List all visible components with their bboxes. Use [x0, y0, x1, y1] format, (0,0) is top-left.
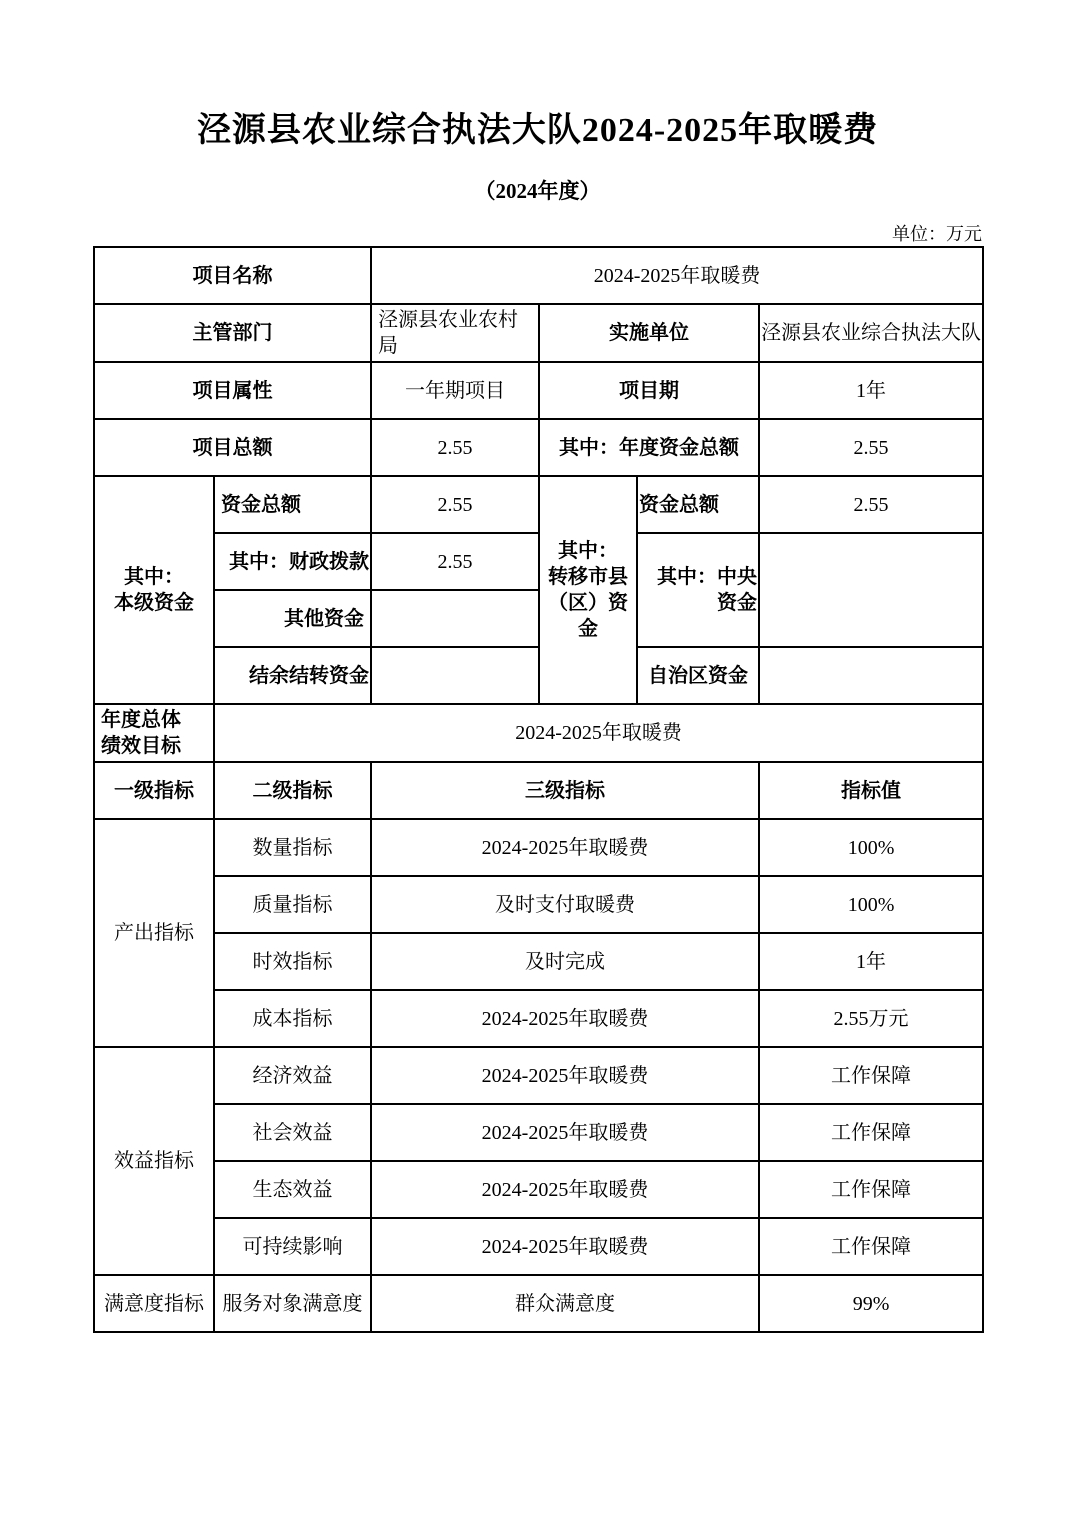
table-row: 产出指标 数量指标 2024-2025年取暖费 100%: [94, 819, 983, 876]
group-benefit-label: 效益指标: [94, 1047, 214, 1275]
indicator-value: 99%: [759, 1275, 983, 1332]
table-row: 时效指标 及时完成 1年: [94, 933, 983, 990]
table-row: 年度总体 绩效目标 2024-2025年取暖费: [94, 704, 983, 762]
fiscal-allocation-label: 其中：财政拨款: [214, 533, 371, 590]
impl-unit-label: 实施单位: [539, 304, 759, 362]
document-page: 泾源县农业综合执法大队2024-2025年取暖费 （2024年度） 单位：万元 …: [0, 0, 1075, 1519]
indicator-value: 工作保障: [759, 1047, 983, 1104]
other-funds-value: [371, 590, 539, 647]
table-row: 主管部门 泾源县农业农村局 实施单位 泾源县农业综合执法大队: [94, 304, 983, 362]
header-level1: 一级指标: [94, 762, 214, 819]
central-funds-label: 其中：中央 资金: [637, 533, 759, 647]
annual-total-value: 2.55: [759, 419, 983, 476]
table-row: 满意度指标 服务对象满意度 群众满意度 99%: [94, 1275, 983, 1332]
group-output-label: 产出指标: [94, 819, 214, 1047]
project-name-label: 项目名称: [94, 247, 371, 304]
indicator-l2: 时效指标: [214, 933, 371, 990]
table-row: 质量指标 及时支付取暖费 100%: [94, 876, 983, 933]
dept-label: 主管部门: [94, 304, 371, 362]
table-row: 可持续影响 2024-2025年取暖费 工作保障: [94, 1218, 983, 1275]
central-funds-value: [759, 533, 983, 647]
indicator-l3: 2024-2025年取暖费: [371, 990, 759, 1047]
table-row: 生态效益 2024-2025年取暖费 工作保障: [94, 1161, 983, 1218]
attr-label: 项目属性: [94, 362, 371, 419]
total-value: 2.55: [371, 419, 539, 476]
performance-target-table: 项目名称 2024-2025年取暖费 主管部门 泾源县农业农村局 实施单位 泾源…: [93, 246, 984, 1333]
indicator-value: 工作保障: [759, 1218, 983, 1275]
table-header-row: 一级指标 二级指标 三级指标 指标值: [94, 762, 983, 819]
local-total-label: 资金总额: [214, 476, 371, 533]
total-label: 项目总额: [94, 419, 371, 476]
indicator-value: 1年: [759, 933, 983, 990]
dept-value: 泾源县农业农村局: [371, 304, 539, 362]
annual-goal-value: 2024-2025年取暖费: [214, 704, 983, 762]
project-name-value: 2024-2025年取暖费: [371, 247, 983, 304]
indicator-l3: 及时支付取暖费: [371, 876, 759, 933]
table-row: 项目总额 2.55 其中：年度资金总额 2.55: [94, 419, 983, 476]
group-satisfaction-label: 满意度指标: [94, 1275, 214, 1332]
indicator-l3: 2024-2025年取暖费: [371, 1047, 759, 1104]
table-row: 项目属性 一年期项目 项目期 1年: [94, 362, 983, 419]
impl-unit-value: 泾源县农业综合执法大队: [759, 304, 983, 362]
indicator-l2: 经济效益: [214, 1047, 371, 1104]
fiscal-allocation-value: 2.55: [371, 533, 539, 590]
indicator-l2: 质量指标: [214, 876, 371, 933]
local-total-value: 2.55: [371, 476, 539, 533]
header-level2: 二级指标: [214, 762, 371, 819]
table-row: 社会效益 2024-2025年取暖费 工作保障: [94, 1104, 983, 1161]
header-level3: 三级指标: [371, 762, 759, 819]
indicator-l2: 社会效益: [214, 1104, 371, 1161]
indicator-value: 100%: [759, 819, 983, 876]
unit-label: 单位：万元: [93, 220, 982, 246]
document-subtitle: （2024年度）: [0, 175, 1075, 205]
table-row: 其中：财政拨款 2.55 其中：中央 资金: [94, 533, 983, 590]
transfer-funds-header: 其中： 转移市县 （区）资 金: [539, 476, 637, 704]
autonomous-funds-value: [759, 647, 983, 704]
period-value: 1年: [759, 362, 983, 419]
annual-goal-label: 年度总体 绩效目标: [94, 704, 214, 762]
indicator-l2: 服务对象满意度: [214, 1275, 371, 1332]
indicator-value: 工作保障: [759, 1161, 983, 1218]
annual-total-label: 其中：年度资金总额: [539, 419, 759, 476]
indicator-value: 100%: [759, 876, 983, 933]
autonomous-funds-label: 自治区资金: [637, 647, 759, 704]
local-funds-header: 其中： 本级资金: [94, 476, 214, 704]
indicator-value: 工作保障: [759, 1104, 983, 1161]
indicator-l3: 2024-2025年取暖费: [371, 819, 759, 876]
indicator-l2: 数量指标: [214, 819, 371, 876]
indicator-l3: 2024-2025年取暖费: [371, 1104, 759, 1161]
indicator-l2: 成本指标: [214, 990, 371, 1047]
indicator-l3: 群众满意度: [371, 1275, 759, 1332]
indicator-l3: 2024-2025年取暖费: [371, 1161, 759, 1218]
document-title: 泾源县农业综合执法大队2024-2025年取暖费: [0, 102, 1075, 151]
indicator-l3: 2024-2025年取暖费: [371, 1218, 759, 1275]
period-label: 项目期: [539, 362, 759, 419]
table-row: 成本指标 2024-2025年取暖费 2.55万元: [94, 990, 983, 1047]
indicator-l3: 及时完成: [371, 933, 759, 990]
table-row: 其中： 本级资金 资金总额 2.55 其中： 转移市县 （区）资 金 资金总额 …: [94, 476, 983, 533]
carryover-funds-label: 结余结转资金: [214, 647, 371, 704]
table-row: 项目名称 2024-2025年取暖费: [94, 247, 983, 304]
attr-value: 一年期项目: [371, 362, 539, 419]
transfer-total-value: 2.55: [759, 476, 983, 533]
header-indicator-value: 指标值: [759, 762, 983, 819]
table-row: 效益指标 经济效益 2024-2025年取暖费 工作保障: [94, 1047, 983, 1104]
indicator-value: 2.55万元: [759, 990, 983, 1047]
carryover-funds-value: [371, 647, 539, 704]
indicator-l2: 可持续影响: [214, 1218, 371, 1275]
indicator-l2: 生态效益: [214, 1161, 371, 1218]
transfer-total-label: 资金总额: [637, 476, 759, 533]
table-row: 结余结转资金 自治区资金: [94, 647, 983, 704]
other-funds-label: 其他资金: [214, 590, 371, 647]
